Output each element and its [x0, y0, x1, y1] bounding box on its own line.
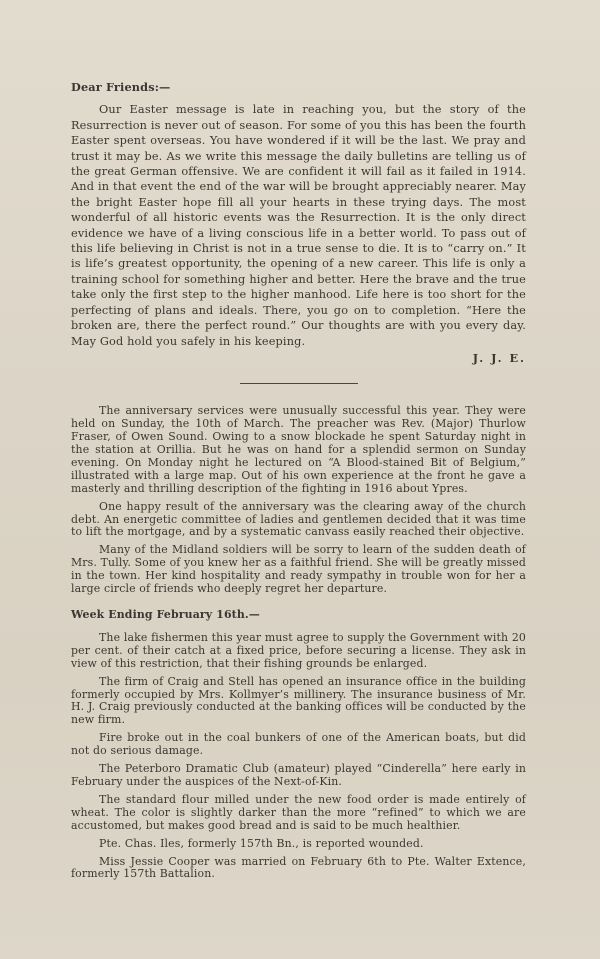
document-page: Dear Friends:— Our Easter message is lat…: [0, 0, 600, 959]
news-paragraph-mrs-tully: Many of the Midland soldiers will be sor…: [71, 544, 526, 596]
news-section: The anniversary services were unusually …: [71, 405, 526, 881]
week-item-flour: The standard flour milled under the new …: [71, 794, 526, 833]
week-item-dramatic-club: The Peterboro Dramatic Club (amateur) pl…: [71, 763, 526, 789]
week-item-fire: Fire broke out in the coal bunkers of on…: [71, 732, 526, 758]
letter-body: Our Easter message is late in reaching y…: [71, 102, 526, 349]
salutation: Dear Friends:—: [71, 80, 526, 95]
page-content: Dear Friends:— Our Easter message is lat…: [71, 80, 526, 886]
easter-letter: Dear Friends:— Our Easter message is lat…: [71, 80, 526, 366]
signature: J. J. E.: [71, 351, 526, 366]
section-divider: [240, 383, 358, 384]
week-item-marriage: Miss Jessie Cooper was married on Februa…: [71, 856, 526, 882]
week-item-wounded: Pte. Chas. Iles, formerly 157th Bn., is …: [71, 838, 526, 851]
week-heading: Week Ending February 16th.—: [71, 609, 526, 622]
week-item-fishermen: The lake fishermen this year must agree …: [71, 632, 526, 671]
week-item-insurance: The firm of Craig and Stell has opened a…: [71, 676, 526, 728]
news-paragraph-anniversary: The anniversary services were unusually …: [71, 405, 526, 495]
news-paragraph-church-debt: One happy result of the anniversary was …: [71, 501, 526, 540]
